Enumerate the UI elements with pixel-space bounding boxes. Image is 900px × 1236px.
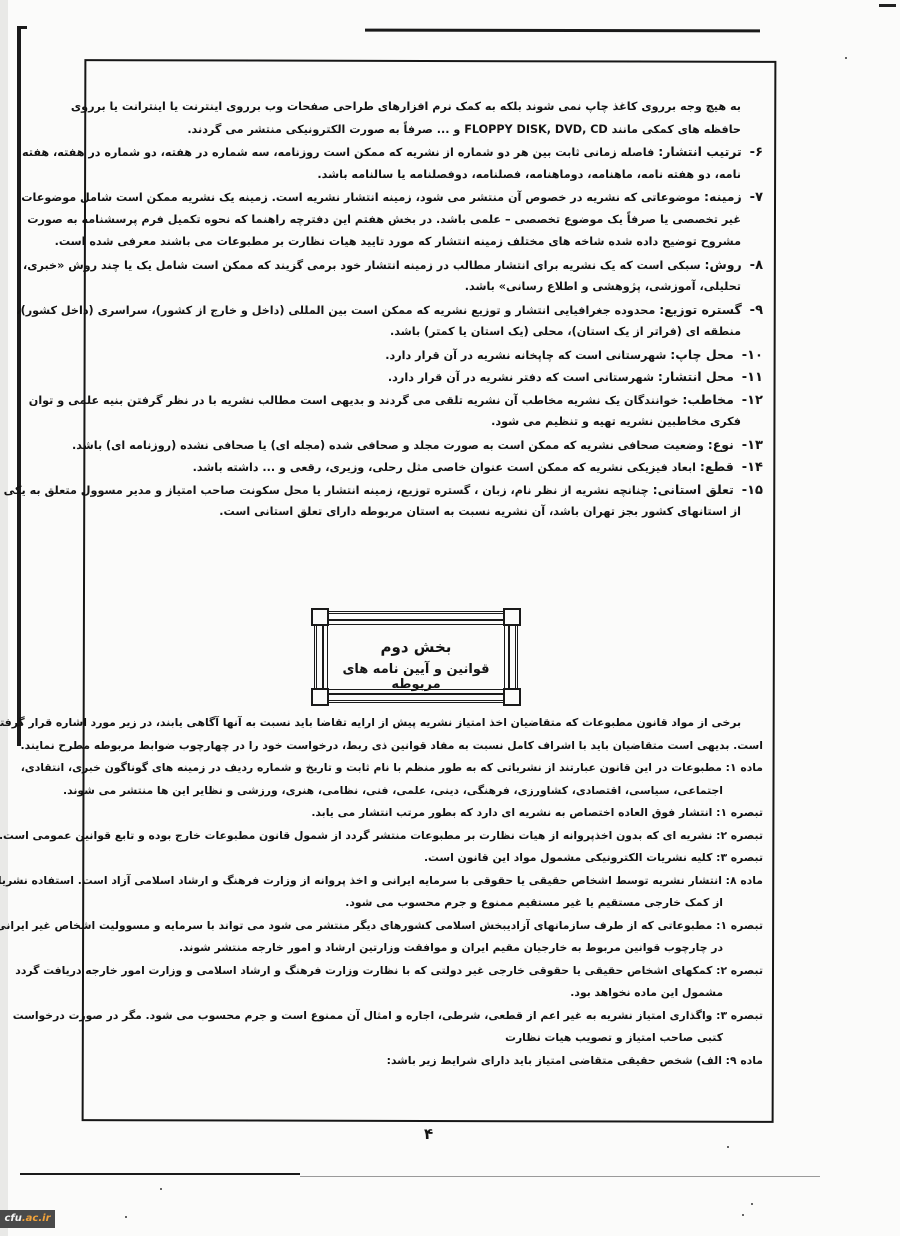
item-number: ۱۵-	[742, 483, 763, 498]
item-text: منطقه ای (فراتر از یک استان)، محلی (یک ا…	[95, 321, 763, 344]
item-text: غیر تخصصی یا صرفاً یک موضوع تخصصی – علمی…	[95, 209, 763, 232]
definition-item-13: ۱۳- نوع: وضعیت صحافی نشریه که ممکن است ب…	[95, 434, 763, 457]
binding-bar-cap	[17, 26, 27, 29]
scan-speck	[845, 57, 847, 59]
intro-line: حافظه های کمکی مانند FLOPPY DISK, DVD, C…	[95, 119, 763, 142]
definition-item-9: ۹- گستره توزیع: محدوده جغرافیایی انتشار …	[95, 299, 763, 344]
section-title: بخش دوم	[317, 638, 515, 656]
law-line: برخی از مواد قانون مطبوعات که متقاضیان ا…	[95, 712, 763, 735]
item-text: وضعیت صحافی نشریه که ممکن است به صورت مج…	[72, 439, 704, 452]
scan-speck	[742, 1214, 744, 1216]
definition-item-15: ۱۵- تعلق استانی: چنانچه نشریه از نظر نام…	[95, 479, 763, 524]
definition-item-12: ۱۲- مخاطب: خوانندگان یک نشریه مخاطب آن ن…	[95, 389, 763, 434]
item-text: شهرستانی است که چاپخانه نشریه در آن قرار…	[385, 349, 666, 362]
definition-item-10: ۱۰- محل چاپ: شهرستانی است که چاپخانه نشر…	[95, 344, 763, 367]
intro-line: به هیچ وجه برروی کاغذ چاپ نمی شوند بلکه …	[95, 96, 763, 119]
law-article-1: ماده ۱: مطبوعات در این قانون عبارتند از …	[95, 757, 763, 780]
scan-speck	[727, 1146, 729, 1148]
item-number: ۶-	[750, 145, 763, 160]
page-number: ۴	[424, 1125, 433, 1143]
item-text: سبکی است که یک نشریه برای انتشار مطالب د…	[23, 259, 701, 272]
ornament-corner-icon	[311, 608, 329, 626]
definition-item-14: ۱۴- قطع: ابعاد فیزیکی نشریه که ممکن است …	[95, 456, 763, 479]
ornament-corner-icon	[503, 608, 521, 626]
item-text: نامه، دو هفته نامه، ماهنامه، دوماهنامه، …	[95, 164, 763, 187]
corner-mark	[879, 4, 896, 7]
law-article-8: ماده ۸: انتشار نشریه توسط اشخاص حقیقی یا…	[95, 870, 763, 893]
item-number: ۱۳-	[742, 438, 763, 453]
definition-item-8: ۸- روش: سبکی است که یک نشریه برای انتشار…	[95, 254, 763, 299]
item-number: ۷-	[750, 190, 763, 205]
binding-bar	[17, 26, 21, 746]
item-text: محدوده جغرافیایی انتشار و توزیع نشریه که…	[16, 304, 655, 317]
item-text: شهرستانی است که دفتر نشریه در آن قرار دا…	[388, 371, 654, 384]
law-note: تبصره ۲: نشریه ای که بدون اخذپروانه از ه…	[95, 825, 763, 848]
item-text: موضوعاتی که نشریه در خصوص آن منتشر می شو…	[21, 191, 700, 204]
item-text: از استانهای کشور بجز تهران باشد، آن نشری…	[95, 501, 763, 524]
law-line: کتبی صاحب امتیاز و تصویب هیات نظارت	[95, 1027, 763, 1050]
item-text: مشروح توضیح داده شده شاخه های مختلف زمین…	[95, 231, 763, 254]
definition-item-7: ۷- زمینه: موضوعاتی که نشریه در خصوص آن م…	[95, 186, 763, 254]
law-line: اجتماعی، سیاسی، اقتصادی، کشاورزی، فرهنگی…	[95, 780, 763, 803]
item-text: خوانندگان یک نشریه مخاطب آن نشریه تلقی م…	[29, 394, 679, 407]
header-rule	[365, 29, 760, 33]
footer-rule-faint	[300, 1176, 820, 1177]
item-number: ۱۲-	[742, 393, 763, 408]
law-note: تبصره ۱: مطبوعاتی که از طرف سازمانهای آز…	[95, 915, 763, 938]
law-line: مشمول این ماده نخواهد بود.	[95, 982, 763, 1005]
footer-rule	[20, 1173, 300, 1175]
law-line: از کمک خارجی مستقیم یا غیر مستقیم ممنوع …	[95, 892, 763, 915]
item-term: محل انتشار:	[658, 369, 734, 384]
laws-section: برخی از مواد قانون مطبوعات که متقاضیان ا…	[95, 712, 763, 1072]
scan-edge-shadow	[0, 0, 8, 1236]
item-text: چنانچه نشریه از نظر نام، زبان ، گستره تو…	[4, 484, 649, 497]
item-number: ۸-	[750, 258, 763, 273]
scan-speck	[751, 1203, 753, 1205]
item-number: ۱۰-	[742, 348, 763, 363]
item-term: روش:	[705, 257, 742, 272]
item-number: ۹-	[750, 303, 763, 318]
site-watermark: cfu.ac.ir	[0, 1210, 55, 1228]
item-term: نوع:	[708, 437, 734, 452]
item-term: قطع:	[700, 459, 734, 474]
scan-speck	[160, 1188, 162, 1190]
definitions-section: به هیچ وجه برروی کاغذ چاپ نمی شوند بلکه …	[95, 96, 763, 524]
item-term: محل چاپ:	[670, 347, 734, 362]
law-note: تبصره ۱: انتشار فوق العاده اختصاص به نشر…	[95, 802, 763, 825]
law-note: تبصره ۳: واگذاری امتیاز نشریه به غیر اعم…	[95, 1005, 763, 1028]
item-term: زمینه:	[704, 189, 742, 204]
item-text: تحلیلی، آموزشی، پژوهشی و اطلاع رسانی» با…	[95, 276, 763, 299]
item-number: ۱۴-	[742, 460, 763, 475]
item-term: گستره توزیع:	[659, 302, 742, 317]
item-text: فاصله زمانی ثابت بین هر دو شماره از نشری…	[22, 146, 654, 159]
item-text: فکری مخاطبین نشریه تهیه و تنظیم می شود.	[95, 411, 763, 434]
law-note: تبصره ۲: کمکهای اشخاص حقیقی یا حقوقی خار…	[95, 960, 763, 983]
law-article-9: ماده ۹: الف) شخص حقیقی متقاضی امتیاز بای…	[95, 1050, 763, 1073]
item-text: ابعاد فیزیکی نشریه که ممکن است عنوان خاص…	[193, 461, 696, 474]
watermark-suffix: .ac.ir	[22, 1213, 51, 1224]
law-note: تبصره ۳: کلیه نشریات الکترونیکی مشمول مو…	[95, 847, 763, 870]
definition-item-6: ۶- ترتیب انتشار: فاصله زمانی ثابت بین هر…	[95, 141, 763, 186]
definition-item-11: ۱۱- محل انتشار: شهرستانی است که دفتر نشر…	[95, 366, 763, 389]
section-subtitle: قوانین و آیین نامه های مربوطه	[317, 662, 515, 692]
scan-speck	[125, 1216, 127, 1218]
item-term: مخاطب:	[682, 392, 733, 407]
item-term: تعلق استانی:	[653, 482, 734, 497]
item-term: ترتیب انتشار:	[658, 144, 742, 159]
watermark-prefix: cfu	[4, 1213, 21, 1224]
law-line: است. بدیهی است متقاضیان باید با اشراف کا…	[95, 735, 763, 758]
section-heading-frame: بخش دوم قوانین و آیین نامه های مربوطه	[314, 611, 518, 703]
item-number: ۱۱-	[742, 370, 763, 385]
law-line: در چارچوب قوانین مربوط به خارجیان مقیم ا…	[95, 937, 763, 960]
